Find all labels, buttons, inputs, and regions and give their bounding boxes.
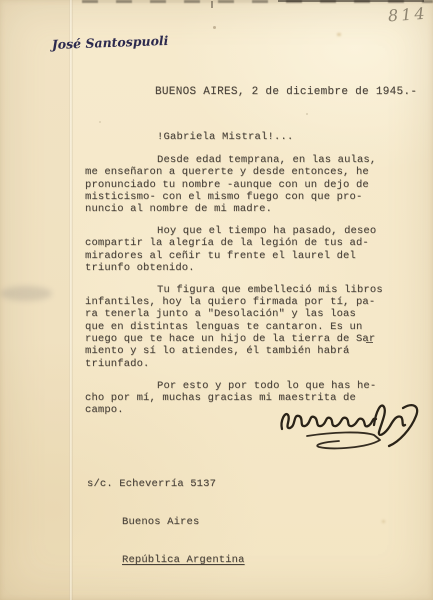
owner-name-annotation: José Santospuoli [50,32,170,58]
dateline: BUENOS AIRES, 2 de diciembre de 1945.- [155,86,417,98]
address-line-2: Buenos Aires [87,516,245,529]
signature [277,398,429,458]
paragraph-1: Desde edad temprana, en las aulas, me en… [85,154,390,215]
address-line-1: s/c. Echeverría 5137 [87,478,245,491]
svg-text:José Santospuoli: José Santospuoli [50,33,169,52]
sender-address: s/c. Echeverría 5137 Buenos Aires Repúbl… [87,453,245,592]
scan-edge-dark-segment [278,0,424,2]
letter-page: 814 José Santospuoli BUENOS AIRES, 2 de … [0,0,433,600]
scan-edge-tick [211,1,213,8]
hyphenation-underline [366,342,373,343]
page-number-annotation: 814 [387,4,428,26]
salutation: !Gabriela Mistral!... [157,131,294,143]
fold-crease [69,0,73,600]
paper-speck [306,113,308,115]
paragraph-2: Hoy que el tiempo ha pasado, deseo compa… [85,225,390,274]
paragraph-3: Tu figura que embelleció mis libros infa… [85,284,390,370]
paper-stain [382,520,385,523]
letter-body: Desde edad temprana, en las aulas, me en… [85,154,390,426]
address-line-3: República Argentina [87,554,245,567]
ink-smudge [0,286,52,301]
paper-stain [337,33,341,36]
paper-speck [99,121,101,123]
paper-speck [213,26,216,29]
